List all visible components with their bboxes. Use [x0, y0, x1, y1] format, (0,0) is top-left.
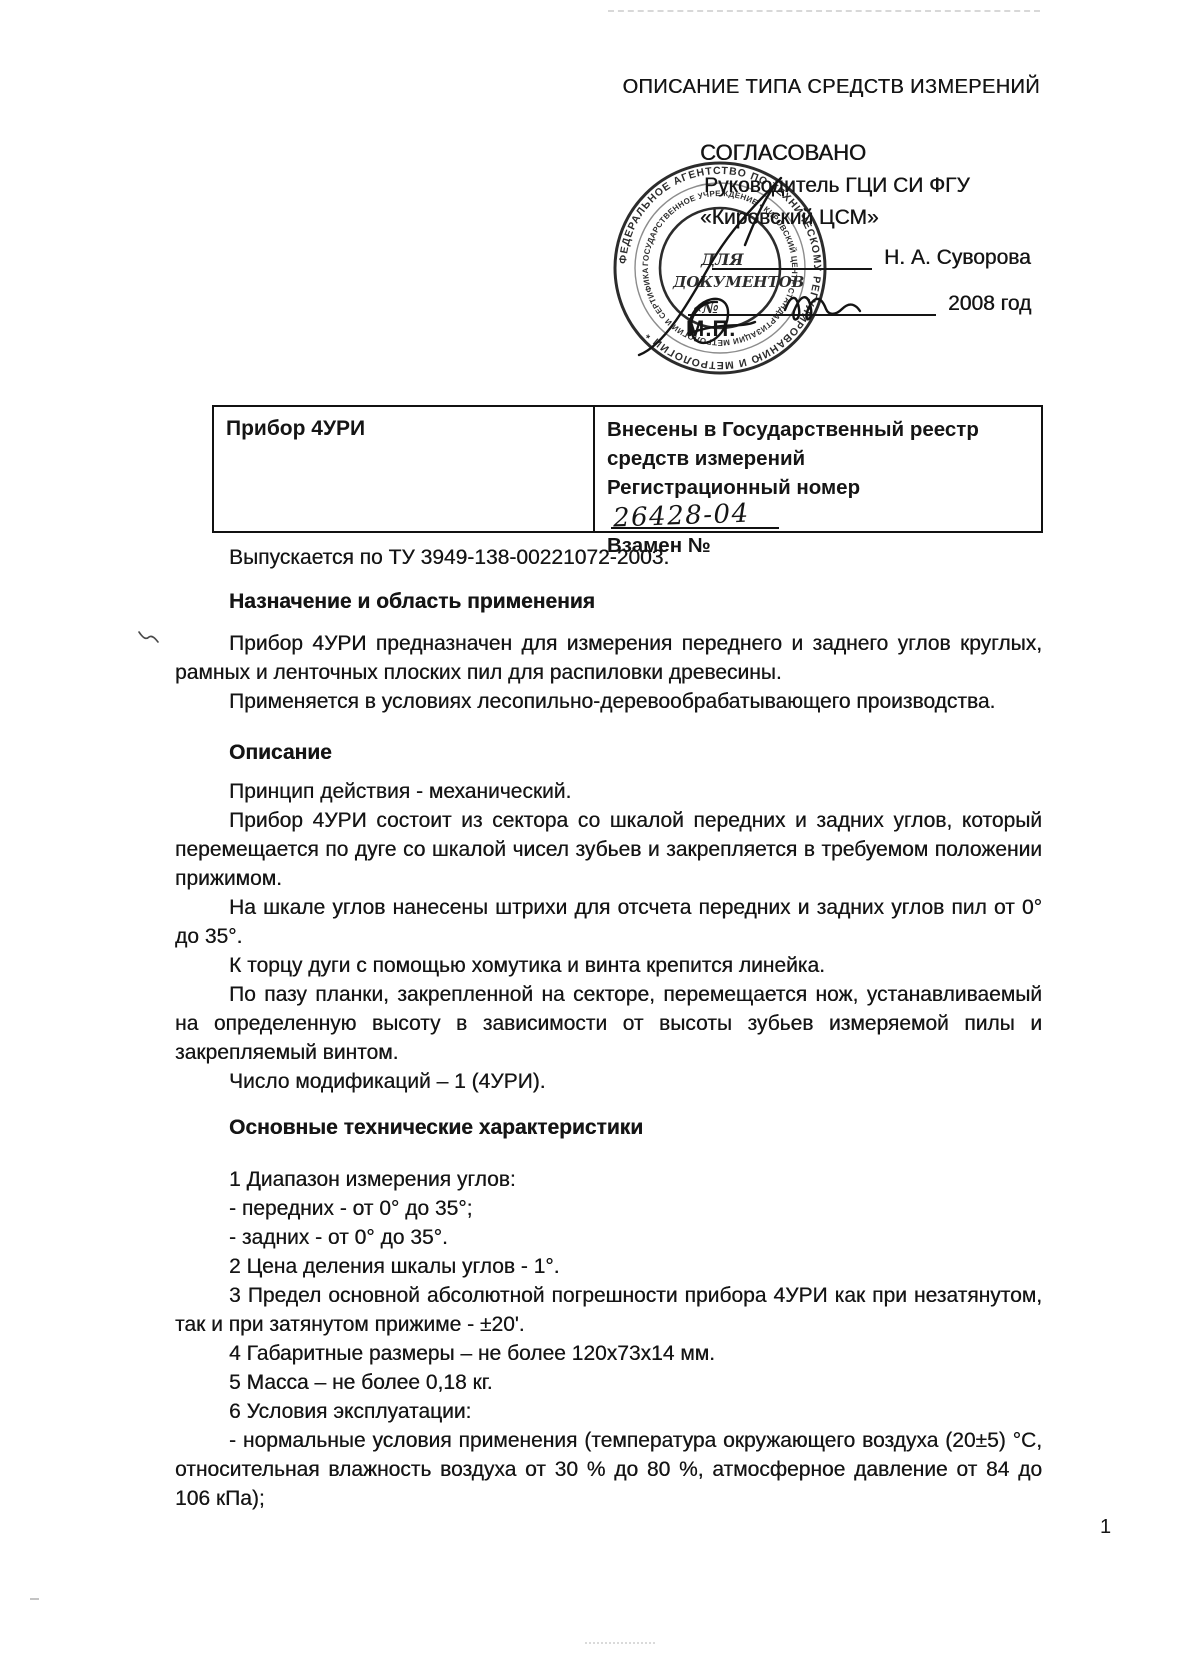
spec-line: 6 Условия эксплуатации:: [175, 1397, 1042, 1426]
spec-line: 5 Масса – не более 0,18 кг.: [175, 1368, 1042, 1397]
pen-tick-mark-icon: [136, 626, 162, 646]
body-paragraph: Прибор 4УРИ предназначен для измерения п…: [175, 629, 1042, 687]
spec-line: - передних - от 0° до 35°;: [175, 1194, 1042, 1223]
signature-scribble-icon: [595, 150, 975, 400]
body-paragraph: К торцу дуги с помощью хомутика и винта …: [175, 951, 1042, 980]
registry-table: Прибор 4УРИ Внесены в Государственный ре…: [212, 405, 1043, 533]
registry-info-cell: Внесены в Государственный реестр средств…: [595, 407, 1041, 531]
document-body: Выпускается по ТУ 3949-138-00221072-2003…: [175, 543, 1042, 1513]
spec-line: 1 Диапазон измерения углов:: [175, 1165, 1042, 1194]
registration-number-label: Регистрационный номер: [607, 476, 860, 499]
body-paragraph: Применяется в условиях лесопильно-дерево…: [175, 687, 1042, 716]
body-paragraph: На шкале углов нанесены штрихи для отсче…: [175, 893, 1042, 951]
registration-number-row: Регистрационный номер26428-04: [607, 473, 1029, 531]
spec-line: 3 Предел основной абсолютной погрешности…: [175, 1281, 1042, 1339]
spec-line: 4 Габаритные размеры – не более 120х73х1…: [175, 1339, 1042, 1368]
scan-artifact-bottom: [585, 1642, 655, 1644]
body-paragraph: Прибор 4УРИ состоит из сектора со шкалой…: [175, 806, 1042, 893]
registry-line1: Внесены в Государственный реестр: [607, 415, 1029, 444]
registry-line2: средств измерений: [607, 444, 1029, 473]
section-heading-description: Описание: [175, 738, 1042, 767]
issued-by-line: Выпускается по ТУ 3949-138-00221072-2003…: [175, 543, 1042, 572]
document-page: ОПИСАНИЕ ТИПА СРЕДСТВ ИЗМЕРЕНИЙ СОГЛАСОВ…: [0, 0, 1197, 1667]
page-number: 1: [1100, 1516, 1111, 1539]
scan-artifact-bottom-left: [30, 1598, 39, 1600]
body-paragraph: Принцип действия - механический.: [175, 777, 1042, 806]
scan-artifact-top: [608, 10, 1040, 12]
spec-line: - нормальные условия применения (темпера…: [175, 1426, 1042, 1513]
section-heading-purpose: Назначение и область применения: [175, 587, 1042, 616]
body-paragraph: Число модификаций – 1 (4УРИ).: [175, 1067, 1042, 1096]
registration-number-underline: 26428-04: [611, 505, 779, 529]
document-header-title: ОПИСАНИЕ ТИПА СРЕДСТВ ИЗМЕРЕНИЙ: [560, 76, 1040, 99]
device-name-cell: Прибор 4УРИ: [214, 407, 595, 531]
body-paragraph: По пазу планки, закрепленной на секторе,…: [175, 980, 1042, 1067]
section-heading-specs: Основные технические характеристики: [175, 1113, 1042, 1142]
spec-line: - задних - от 0° до 35°.: [175, 1223, 1042, 1252]
spec-line: 2 Цена деления шкалы углов - 1°.: [175, 1252, 1042, 1281]
registration-number-value: 26428-04: [611, 503, 756, 528]
